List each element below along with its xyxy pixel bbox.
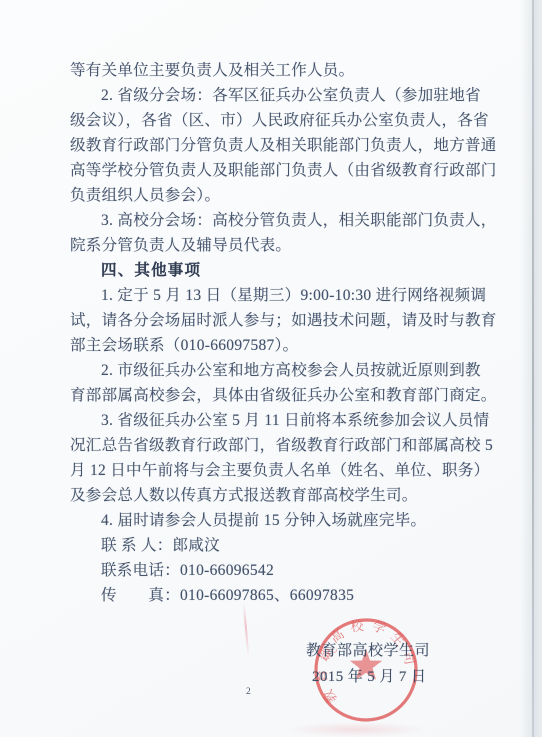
text-line: 等有关单位主要负责人及相关工作人员。 xyxy=(70,58,468,83)
crease-mark xyxy=(243,603,250,655)
text-line: 部主会场联系（010-66097587）。 xyxy=(70,333,468,358)
text-line: 级教育行政部门分管负责人及相关职能部门负责人，地方普通 xyxy=(70,133,468,158)
text-line: 况汇总告省级教育行政部门，省级教育行政部门和部属高校 5 xyxy=(70,433,468,458)
text-line: 负责组织人员参会）。 xyxy=(70,183,468,208)
document-lines: 等有关单位主要负责人及相关工作人员。2. 省级分会场：各军区征兵办公室负责人（参… xyxy=(70,58,468,608)
contact-phone: 联系电话：010-66096542 xyxy=(70,558,468,583)
item-university-venue: 3. 高校分会场：高校分管负责人，相关职能部门负责人， xyxy=(70,208,468,233)
page-number: 2 xyxy=(246,687,251,697)
text-line: 试，请各分会场届时派人参与；如遇技术问题，请及时与教育 xyxy=(70,308,468,333)
page-edge-margin xyxy=(534,0,542,737)
text-line: 级会议），各省（区、市）人民政府征兵办公室负责人，各省 xyxy=(70,108,468,133)
contact-person: 联 系 人：郎咸汶 xyxy=(70,533,468,558)
text-line: 高等学校分管负责人及职能部门负责人（由省级教育行政部门 xyxy=(70,158,468,183)
signature-department: 教育部高校学生司 xyxy=(306,639,430,660)
page-edge-shadow xyxy=(520,0,532,737)
text-line: 院系分管负责人及辅导员代表。 xyxy=(70,233,468,258)
item-provincial-venue: 2. 省级分会场：各军区征兵办公室负责人（参加驻地省 xyxy=(70,83,468,108)
item-city-attendance: 2. 市级征兵办公室和地方高校参会人员按就近原则到教 xyxy=(70,358,468,383)
item-video-test: 1. 定于 5 月 13 日（星期三）9:00-10:30 进行网络视频调 xyxy=(70,283,468,308)
scanned-document-page: 等有关单位主要负责人及相关工作人员。2. 省级分会场：各军区征兵办公室负责人（参… xyxy=(0,0,542,737)
text-line: 及参会总人数以传真方式报送教育部高校学生司。 xyxy=(70,483,468,508)
item-arrive-early: 4. 届时请参会人员提前 15 分钟入场就座完毕。 xyxy=(70,508,468,533)
contact-fax: 传 真：010-66097865、66097835 xyxy=(70,583,468,608)
section-heading-other-matters: 四、其他事项 xyxy=(70,258,468,283)
text-line: 育部部属高校参会，具体由省级征兵办公室和教育部门商定。 xyxy=(70,383,468,408)
item-report-attendees: 3. 省级征兵办公室 5 月 11 日前将本系统参加会议人员情 xyxy=(70,408,468,433)
text-line: 月 12 日中午前将与会主要负责人名单（姓名、单位、职务） xyxy=(70,458,468,483)
signature-date: 2015 年 5 月 7 日 xyxy=(312,665,426,686)
